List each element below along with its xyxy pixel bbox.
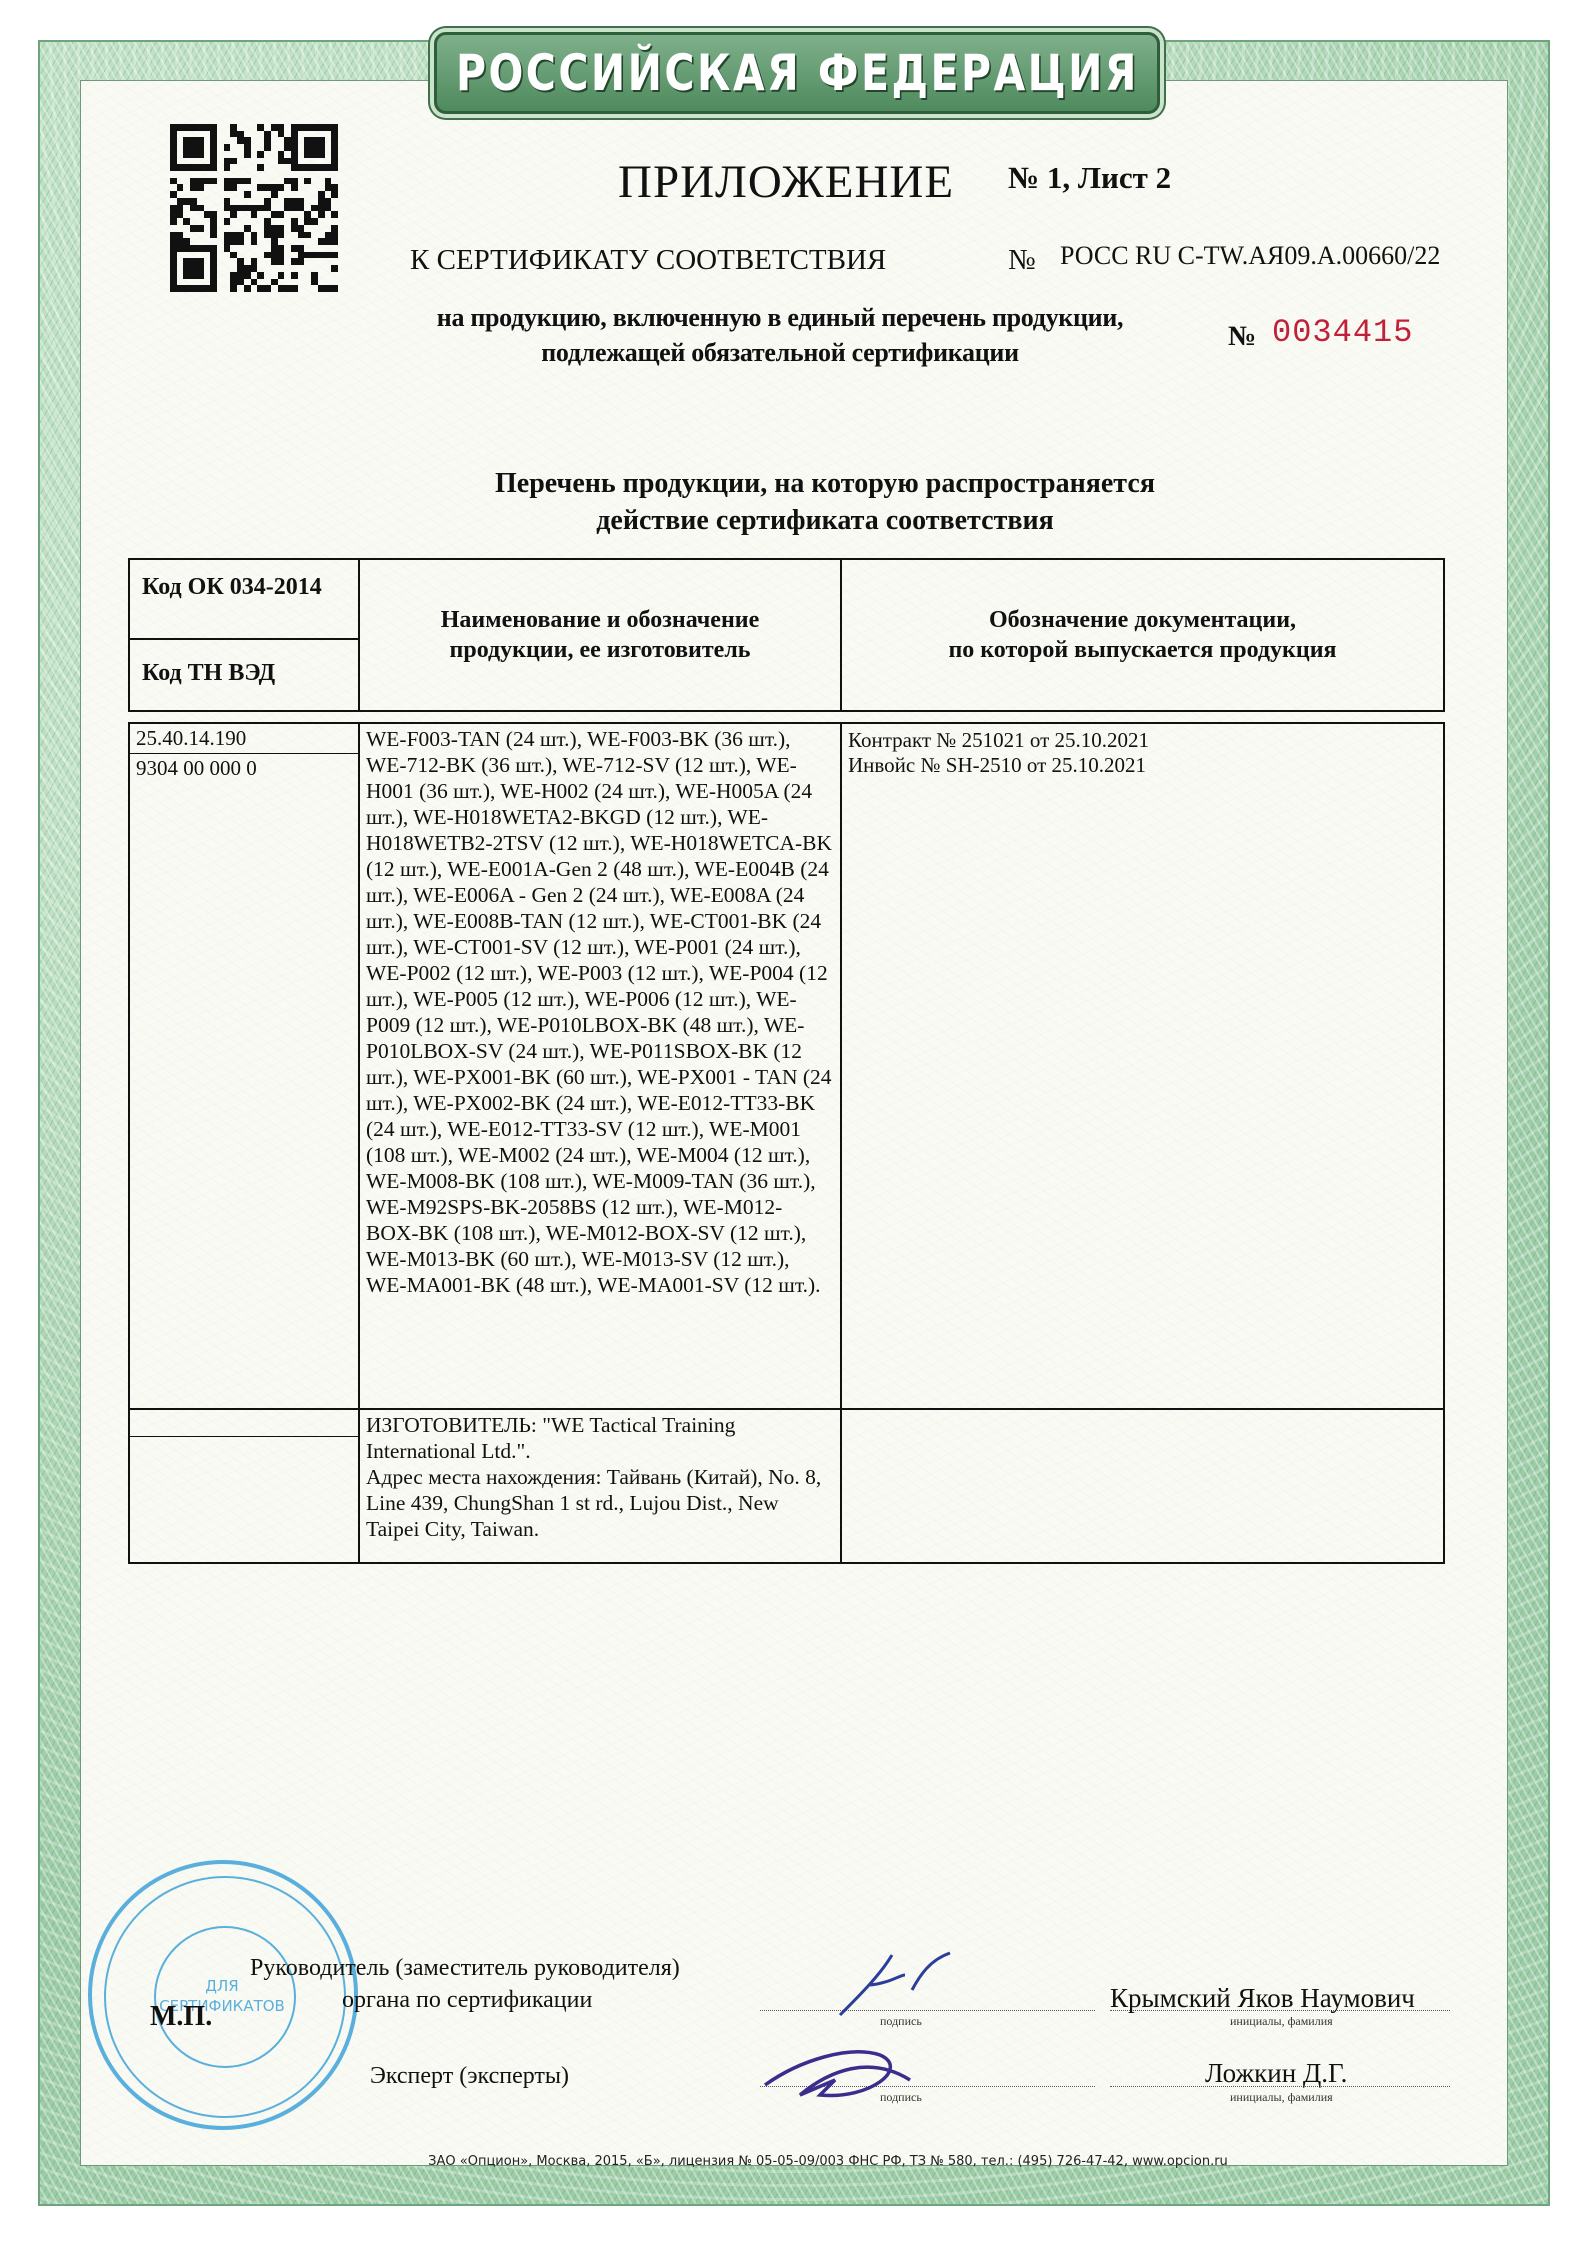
contract-ref: Контракт № 251021 от 25.10.2021 [848,728,1437,753]
codes-cell: 25.40.14.190 9304 00 000 0 [129,723,359,1409]
codes-cell-empty [129,1409,359,1563]
header-product: Наименование и обозначение продукции, ее… [359,559,841,711]
banner-text: РОССИЙСКАЯ ФЕДЕРАЦИЯ [456,44,1139,102]
table-row: ИЗГОТОВИТЕЛЬ: "WE Tactical Training Inte… [129,1409,1444,1563]
header-docs-line-2: по которой выпускается продукция [842,635,1443,665]
manufacturer-address: Адрес места нахождения: Тайвань (Китай),… [366,1464,834,1542]
stamp-place-label: М.П. [150,2001,212,2033]
blank-number-sign: № [1228,321,1256,353]
header-docs: Обозначение документации, по которой вып… [841,559,1444,711]
certification-body-stamp: ДЛЯ СЕРТИФИКАТОВ [88,1860,358,2130]
page-title: ПРИЛОЖЕНИЕ [618,155,954,209]
docs-cell: Контракт № 251021 от 25.10.2021 Инвойс №… [841,723,1444,1409]
blank-serial-number: 0034415 [1272,314,1413,351]
manufacturer-name: ИЗГОТОВИТЕЛЬ: "WE Tactical Training Inte… [366,1412,834,1464]
header-codes-cell: Код ОК 034-2014 Код ТН ВЭД [129,559,359,711]
expert-name-caption: инициалы, фамилия [1230,2090,1333,2105]
header-code-ok: Код ОК 034-2014 [130,560,358,640]
scope-line-2: подлежащей обязательной сертификации [380,335,1180,370]
expert-signature-icon [760,2040,940,2110]
table-spacer-row [129,711,1444,723]
qr-code-icon [170,124,338,292]
list-title-line-2: действие сертификата соответствия [400,502,1250,539]
country-banner: РОССИЙСКАЯ ФЕДЕРАЦИЯ [434,32,1160,114]
number-sign: № [1008,244,1036,277]
code-ok-value: 25.40.14.190 [130,724,358,754]
printer-imprint: ЗАО «Опцион», Москва, 2015, «Б», лицензи… [318,2154,1338,2169]
list-title: Перечень продукции, на которую распростр… [400,465,1250,539]
expert-name: Ложкин Д.Г. [1205,2058,1347,2089]
list-title-line-1: Перечень продукции, на которую распростр… [400,465,1250,502]
products-cell: WE-F003-TAN (24 шт.), WE-F003-BK (36 шт.… [359,723,841,1409]
annex-sheet-number: № 1, Лист 2 [1008,160,1171,196]
head-name-caption: инициалы, фамилия [1230,2014,1333,2029]
certificate-label: К СЕРТИФИКАТУ СООТВЕТСТВИЯ [410,244,886,277]
scope-line-1: на продукцию, включенную в единый перече… [380,300,1180,335]
code-tnved-value: 9304 00 000 0 [130,754,358,783]
docs-cell-empty [841,1409,1444,1563]
table-header-row: Код ОК 034-2014 Код ТН ВЭД Наименование … [129,559,1444,711]
header-code-tnved: Код ТН ВЭД [130,640,358,706]
header-docs-line-1: Обозначение документации, [842,605,1443,635]
table-row: 25.40.14.190 9304 00 000 0 WE-F003-TAN (… [129,723,1444,1409]
product-table: Код ОК 034-2014 Код ТН ВЭД Наименование … [128,558,1445,1564]
expert-role: Эксперт (эксперты) [370,2063,569,2090]
header-product-line-1: Наименование и обозначение [360,605,840,635]
head-signature-icon [830,1945,960,2025]
manufacturer-cell: ИЗГОТОВИТЕЛЬ: "WE Tactical Training Inte… [359,1409,841,1563]
certificate-number: РОСС RU C-TW.АЯ09.А.00660/22 [1060,241,1440,271]
header-product-line-2: продукции, ее изготовитель [360,635,840,665]
head-role-line-2: органа по сертификации [342,1987,592,2014]
invoice-ref: Инвойс № SH-2510 от 25.10.2021 [848,753,1437,778]
scope-text: на продукцию, включенную в единый перече… [380,300,1180,370]
head-name: Крымский Яков Наумович [1110,1983,1415,2014]
head-role-line-1: Руководитель (заместитель руководителя) [250,1955,680,1982]
